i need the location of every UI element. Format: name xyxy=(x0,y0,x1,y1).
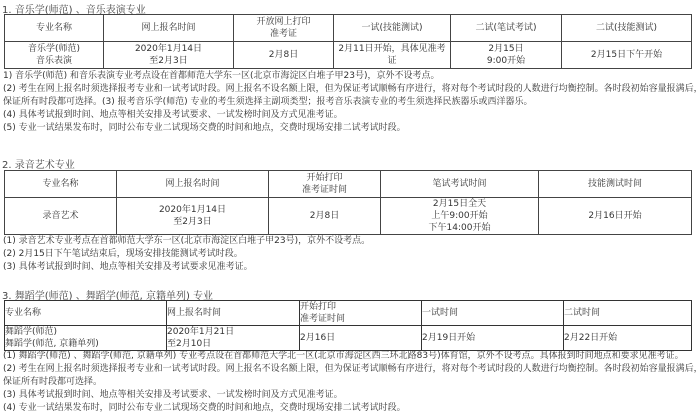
section-2-table: 专业名称 网上报名时间 开始打印 准考证时间 笔试考试时间 技能测试时间 录音艺… xyxy=(4,170,692,235)
section-2-title: 2. 录音艺术专业 xyxy=(2,156,75,171)
header-cell: 一试(技能测试) xyxy=(334,15,451,42)
table-header-row: 专业名称 网上报名时间 开始打印 准考证时间 笔试考试时间 技能测试时间 xyxy=(5,171,692,198)
cell-second-test: 2月22日开始 xyxy=(564,326,692,351)
section-1-table: 专业名称 网上报名时间 开放网上打印 准考证 一试(技能测试) 二试(笔试考试)… xyxy=(4,14,692,69)
header-cell: 笔试考试时间 xyxy=(381,171,539,198)
cell-major: 音乐学(师范) 音乐表演 xyxy=(5,42,104,69)
note: (3) 具体考试报到时间、地点等相关安排及考试要求、一试发榜时间及方式见准考证。 xyxy=(3,389,698,402)
table-row: 录音艺术 2020年1月14日 至2月3日 2月8日 2月15日全天 上午9:0… xyxy=(5,198,692,235)
header-cell: 开始打印 准考证时间 xyxy=(269,171,381,198)
cell-admission-print: 2月8日 xyxy=(269,198,381,235)
header-cell: 技能测试时间 xyxy=(539,171,692,198)
note: (3) 具体考试报到时间、地点等相关安排及考试要求见准考证。 xyxy=(3,261,698,274)
header-cell: 开始打印 准考证时间 xyxy=(300,301,422,326)
header-cell: 网上报名时间 xyxy=(167,301,300,326)
header-cell: 专业名称 xyxy=(5,171,117,198)
note: (5) 专业一试结果发布时，同时公布专业二试现场交费的时间和地点，交费时现场安排… xyxy=(3,122,698,135)
table-header-row: 专业名称 网上报名时间 开始打印 准考证时间 一试时间 二试时间 xyxy=(5,301,692,326)
note: (4) 专业一试结果发布时，同时公布专业二试现场交费的时间和地点，交费时现场安排… xyxy=(3,402,698,415)
cell-registration: 2020年1月21日 至2月10日 xyxy=(167,326,300,351)
header-cell: 专业名称 xyxy=(5,301,167,326)
header-cell: 二试(笔试考试) xyxy=(451,15,562,42)
section-3-notes: (1) 舞蹈学(师范) 、舞蹈学(师范, 京籍单列) 专业考点设在首都师范大学北… xyxy=(3,350,698,415)
header-cell: 二试(技能测试) xyxy=(562,15,692,42)
table-row: 音乐学(师范) 音乐表演 2020年1月14日 至2月3日 2月8日 2月11日… xyxy=(5,42,692,69)
cell-registration: 2020年1月14日 至2月3日 xyxy=(104,42,234,69)
table-row: 舞蹈学(师范) 舞蹈学(师范, 京籍单列) 2020年1月21日 至2月10日 … xyxy=(5,326,692,351)
note: (1) 录音艺术专业考点在首都师范大学东一区(北京市海淀区白堆子甲23号)，京外… xyxy=(3,235,698,248)
note: (2) 考生在网上报名时须选择报考专业和一试考试时段。网上报名不设名额上限，但为… xyxy=(3,363,698,376)
cell-second-skill: 2月15日下午开始 xyxy=(562,42,692,69)
section-3-table: 专业名称 网上报名时间 开始打印 准考证时间 一试时间 二试时间 舞蹈学(师范)… xyxy=(4,300,692,351)
section-1-notes: 1) 音乐学(师范) 和音乐表演专业考点设在首都师范大学东一区(北京市海淀区白堆… xyxy=(3,70,698,135)
section-2-notes: (1) 录音艺术专业考点在首都师范大学东一区(北京市海淀区白堆子甲23号)，京外… xyxy=(3,235,698,274)
header-cell: 二试时间 xyxy=(564,301,692,326)
cell-admission-print: 2月8日 xyxy=(234,42,334,69)
note: (1) 舞蹈学(师范) 、舞蹈学(师范, 京籍单列) 专业考点设在首都师范大学北… xyxy=(3,350,698,363)
cell-registration: 2020年1月14日 至2月3日 xyxy=(117,198,269,235)
cell-first-test: 2月19日开始 xyxy=(422,326,564,351)
cell-second-written: 2月15日 9:00开始 xyxy=(451,42,562,69)
header-cell: 一试时间 xyxy=(422,301,564,326)
header-cell: 网上报名时间 xyxy=(104,15,234,42)
header-cell: 网上报名时间 xyxy=(117,171,269,198)
header-cell: 专业名称 xyxy=(5,15,104,42)
note: (4) 具体考试报到时间、地点等相关安排及考试要求、一试发榜时间及方式见准考证。 xyxy=(3,109,698,122)
cell-major: 舞蹈学(师范) 舞蹈学(师范, 京籍单列) xyxy=(5,326,167,351)
cell-skill-test: 2月16日开始 xyxy=(539,198,692,235)
cell-admission-print: 2月16日 xyxy=(300,326,422,351)
header-cell: 开放网上打印 准考证 xyxy=(234,15,334,42)
cell-written-test: 2月15日全天 上午9:00开始 下午14:00开始 xyxy=(381,198,539,235)
note: (2) 考生在网上报名时须选择报考专业和一试考试时段。网上报名不设名额上限，但为… xyxy=(3,83,698,96)
note: 1) 音乐学(师范) 和音乐表演专业考点设在首都师范大学东一区(北京市海淀区白堆… xyxy=(3,70,698,83)
cell-major: 录音艺术 xyxy=(5,198,117,235)
cell-first-test: 2月11日开始，具体见准考证 xyxy=(334,42,451,69)
note: (2) 2月15日下午笔试结束后，现场安排技能测试考试时段。 xyxy=(3,248,698,261)
note: 保证所有时段都可选择。(3) 报考音乐学(师范) 专业的考生须选择主副项类型；报… xyxy=(3,96,698,109)
table-header-row: 专业名称 网上报名时间 开放网上打印 准考证 一试(技能测试) 二试(笔试考试)… xyxy=(5,15,692,42)
note: 保证所有时段都可选择。 xyxy=(3,376,698,389)
